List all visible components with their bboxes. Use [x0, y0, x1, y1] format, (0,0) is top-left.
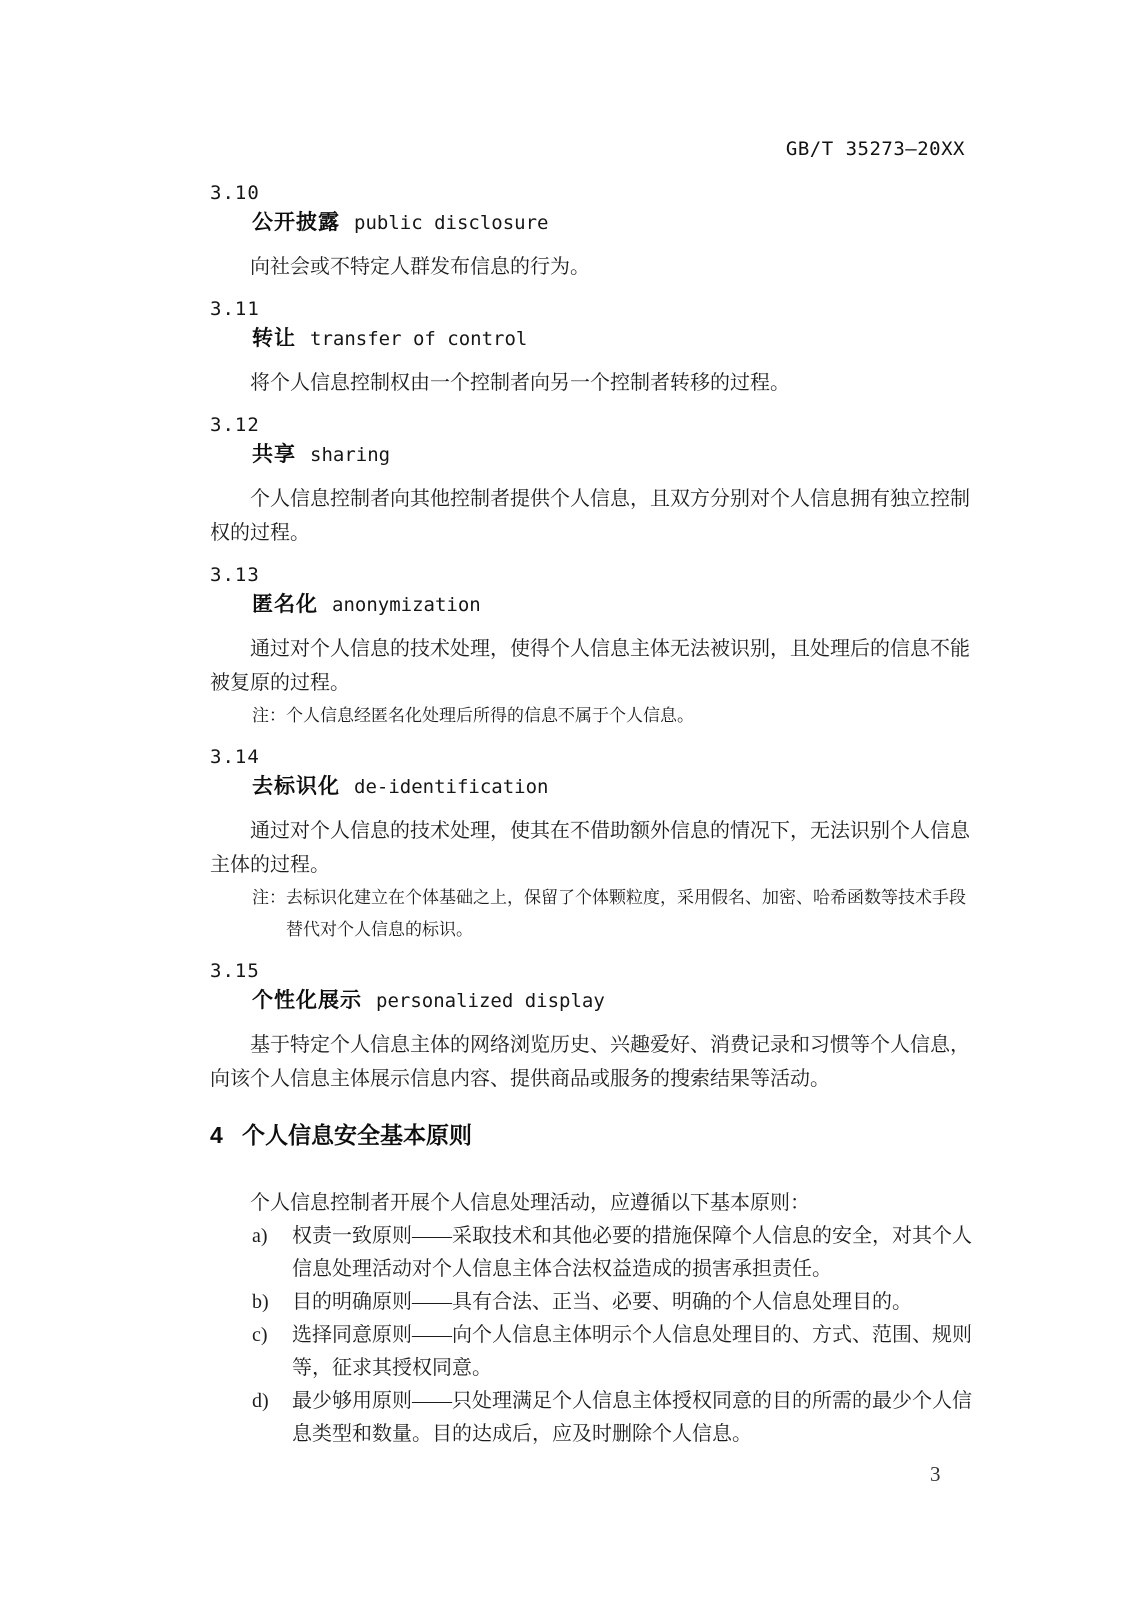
term-chinese: 个性化展示 — [252, 989, 362, 1012]
principle-item: c) 选择同意原则——向个人信息主体明示个人信息处理目的、方式、范围、规则等，征… — [210, 1319, 972, 1385]
clause-title: 个人信息安全基本原则 — [242, 1122, 472, 1148]
term-definition: 通过对个人信息的技术处理，使其在不借助额外信息的情况下，无法识别个人信息主体的过… — [210, 814, 972, 882]
term-title: 个性化展示personalized display — [252, 986, 972, 1018]
term-english: transfer of control — [310, 328, 527, 350]
principle-text: 权责一致原则——采取技术和其他必要的措施保障个人信息的安全，对其个人信息处理活动… — [292, 1225, 972, 1280]
principle-text: 选择同意原则——向个人信息主体明示个人信息处理目的、方式、范围、规则等，征求其授… — [292, 1324, 972, 1379]
term-chinese: 共享 — [252, 443, 296, 466]
term-definition: 基于特定个人信息主体的网络浏览历史、兴趣爱好、消费记录和习惯等个人信息，向该个人… — [210, 1028, 972, 1096]
clause-intro: 个人信息控制者开展个人信息处理活动，应遵循以下基本原则： — [210, 1186, 972, 1220]
clause-number: 4 — [210, 1120, 242, 1150]
principle-label: c) — [252, 1319, 268, 1352]
term-title: 转让transfer of control — [252, 324, 972, 356]
term-title: 公开披露public disclosure — [252, 208, 972, 240]
page-number: 3 — [930, 1462, 941, 1487]
document-page: GB/T 35273—20XX 3.10 公开披露public disclosu… — [0, 0, 1131, 1600]
term-definition: 通过对个人信息的技术处理，使得个人信息主体无法被识别，且处理后的信息不能被复原的… — [210, 632, 972, 700]
term-number: 3.15 — [210, 958, 972, 984]
term-chinese: 公开披露 — [252, 211, 340, 234]
principle-label: a) — [252, 1220, 268, 1253]
term-definition: 向社会或不特定人群发布信息的行为。 — [210, 250, 972, 284]
term-definition: 将个人信息控制权由一个控制者向另一个控制者转移的过程。 — [210, 366, 972, 400]
principle-item: a) 权责一致原则——采取技术和其他必要的措施保障个人信息的安全，对其个人信息处… — [210, 1220, 972, 1286]
term-english: anonymization — [332, 594, 481, 616]
term-title: 共享sharing — [252, 440, 972, 472]
term-title: 去标识化de-identification — [252, 772, 972, 804]
principle-item: d) 最少够用原则——只处理满足个人信息主体授权同意的目的所需的最少个人信息类型… — [210, 1385, 972, 1451]
term-number: 3.12 — [210, 412, 972, 438]
term-chinese: 去标识化 — [252, 775, 340, 798]
term-english: personalized display — [376, 990, 605, 1012]
principle-text: 目的明确原则——具有合法、正当、必要、明确的个人信息处理目的。 — [292, 1291, 912, 1313]
term-chinese: 转让 — [252, 327, 296, 350]
term-note: 注：去标识化建立在个体基础之上，保留了个体颗粒度，采用假名、加密、哈希函数等技术… — [252, 882, 972, 946]
principle-label: d) — [252, 1385, 269, 1418]
term-number: 3.14 — [210, 744, 972, 770]
term-number: 3.13 — [210, 562, 972, 588]
principle-text: 最少够用原则——只处理满足个人信息主体授权同意的目的所需的最少个人信息类型和数量… — [292, 1390, 972, 1445]
term-number: 3.11 — [210, 296, 972, 322]
term-number: 3.10 — [210, 180, 972, 206]
clause-heading: 4个人信息安全基本原则 — [210, 1120, 972, 1150]
page-content: 3.10 公开披露public disclosure 向社会或不特定人群发布信息… — [210, 180, 972, 1451]
term-english: de-identification — [354, 776, 548, 798]
principle-item: b) 目的明确原则——具有合法、正当、必要、明确的个人信息处理目的。 — [210, 1286, 972, 1319]
term-english: sharing — [310, 444, 390, 466]
term-chinese: 匿名化 — [252, 593, 318, 616]
term-english: public disclosure — [354, 212, 548, 234]
term-note: 注：个人信息经匿名化处理后所得的信息不属于个人信息。 — [252, 700, 972, 732]
principle-label: b) — [252, 1286, 269, 1319]
principles-list: a) 权责一致原则——采取技术和其他必要的措施保障个人信息的安全，对其个人信息处… — [210, 1220, 972, 1451]
term-definition: 个人信息控制者向其他控制者提供个人信息，且双方分别对个人信息拥有独立控制权的过程… — [210, 482, 972, 550]
running-header-doc-code: GB/T 35273—20XX — [0, 138, 965, 160]
term-title: 匿名化anonymization — [252, 590, 972, 622]
